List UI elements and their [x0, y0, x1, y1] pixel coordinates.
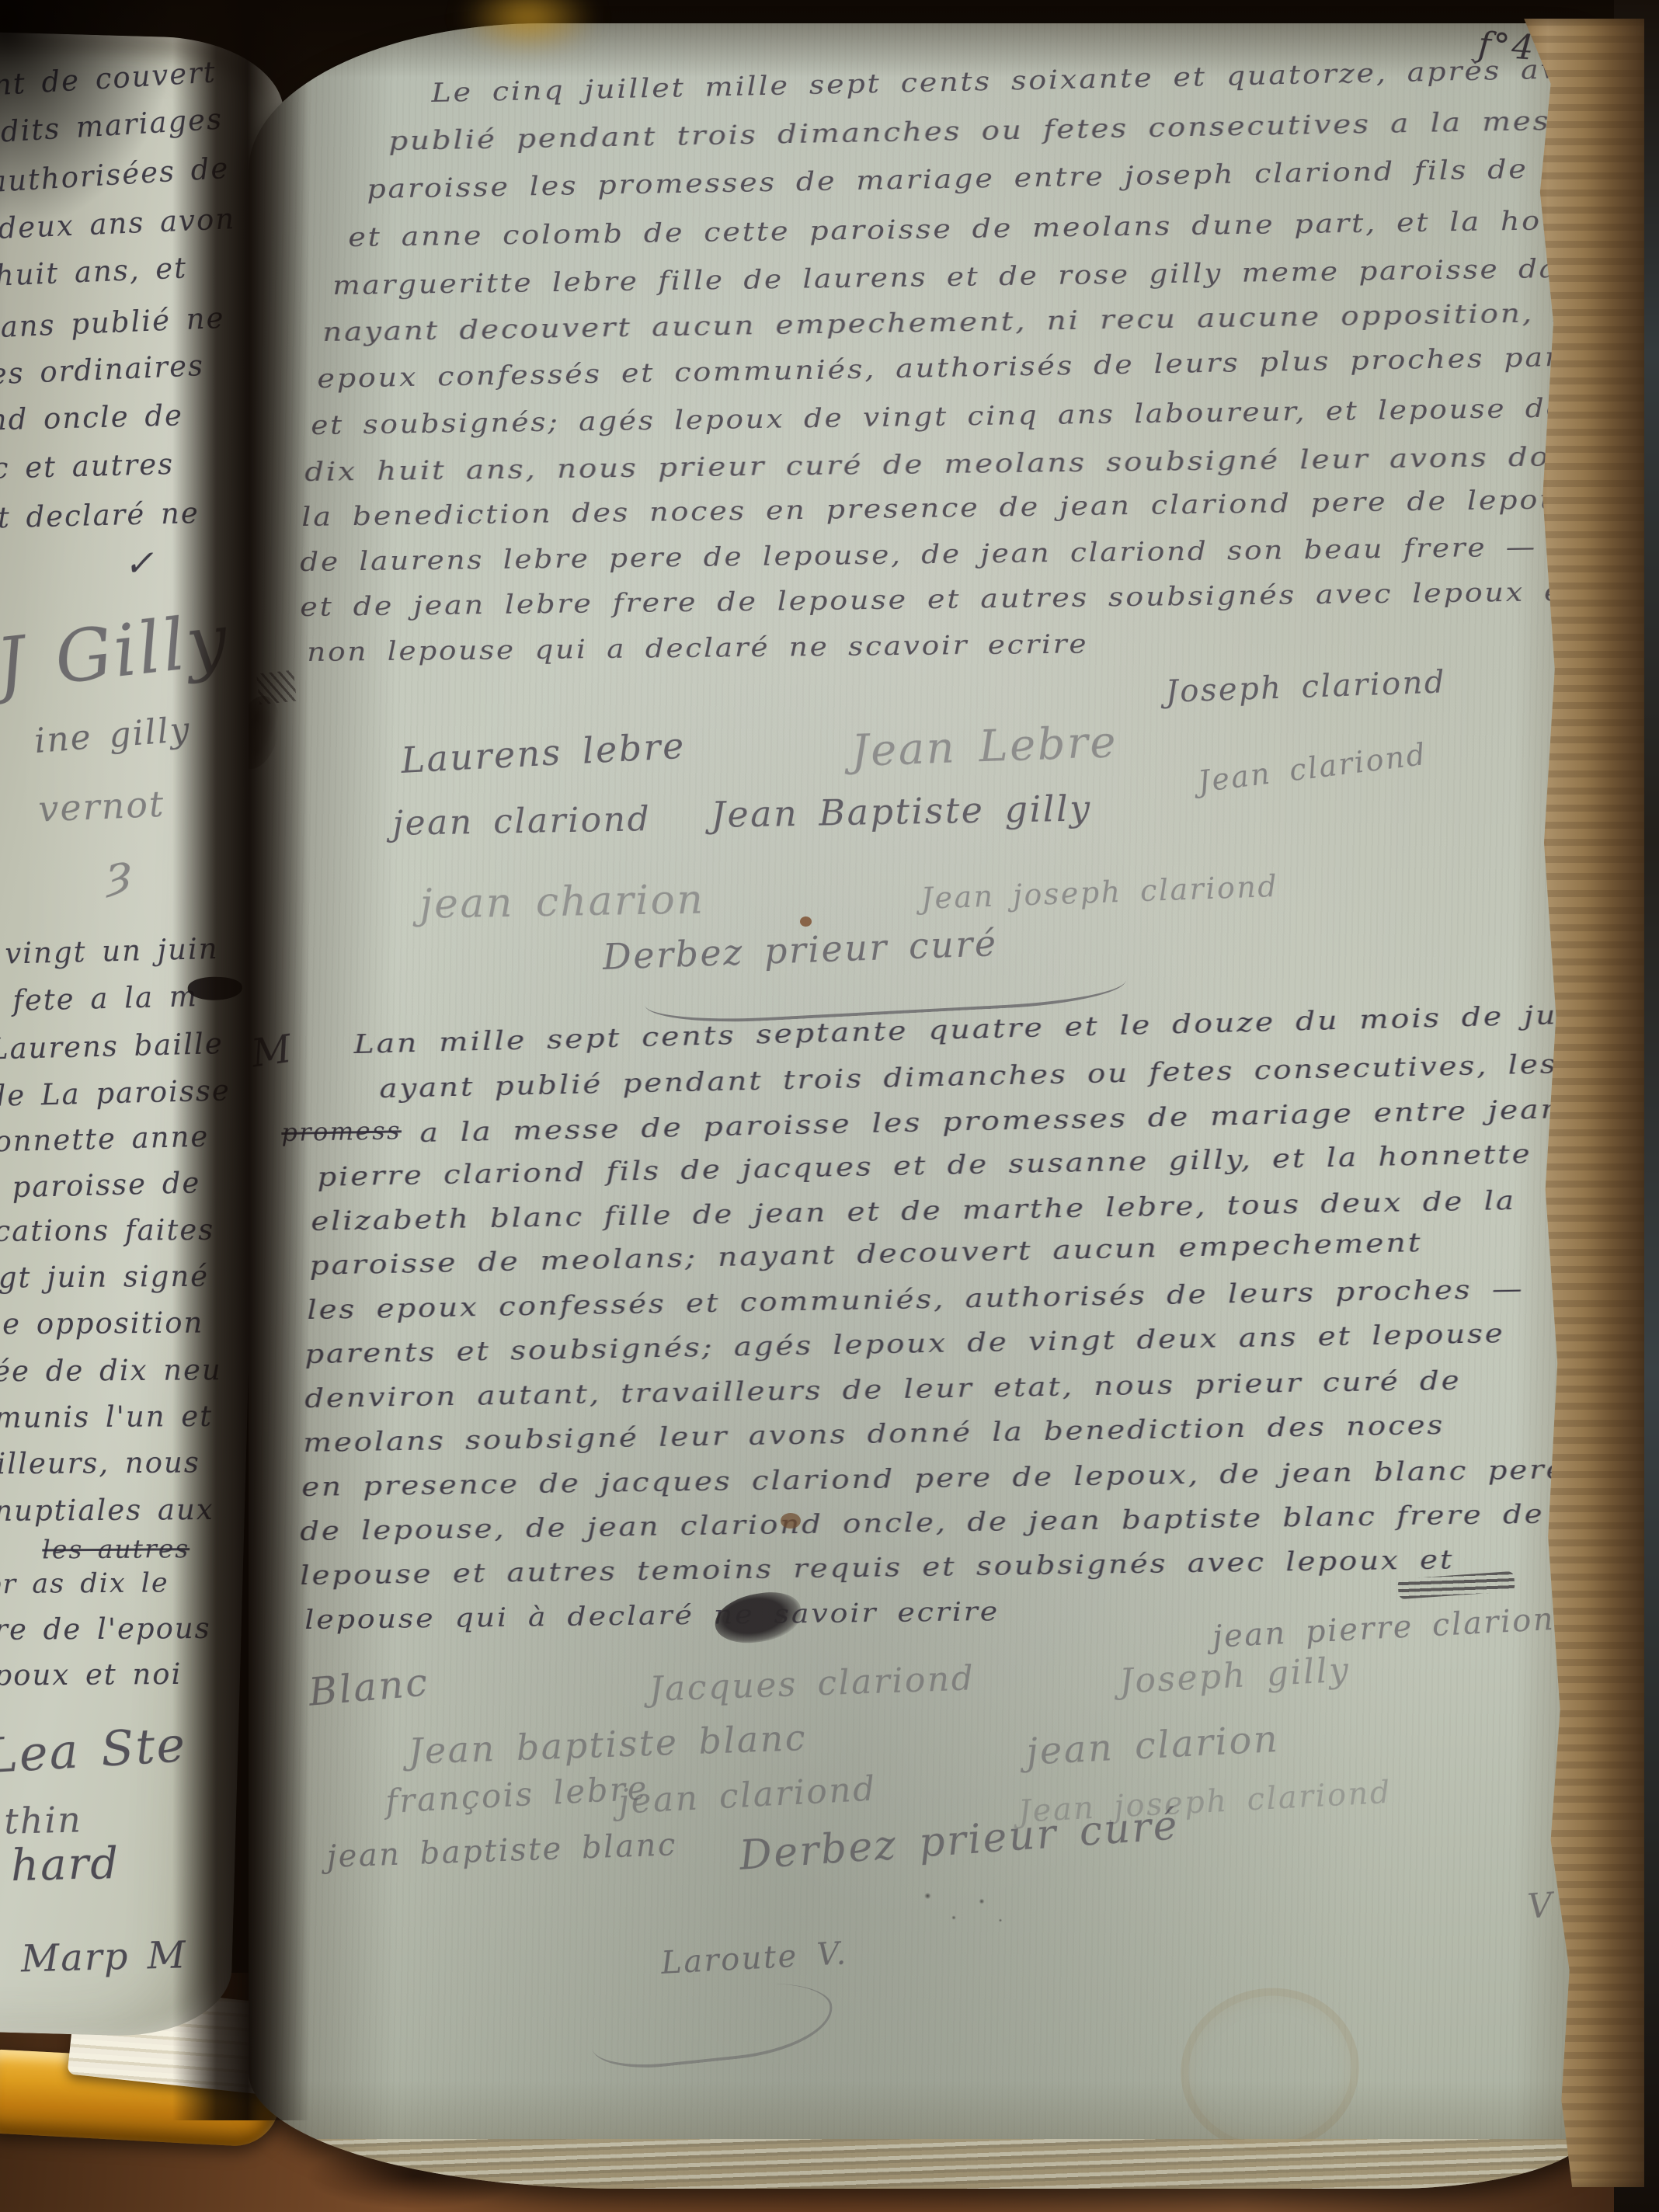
top-left-shadow [0, 0, 179, 233]
signature-priest: Derbez prieur curé [738, 1802, 1181, 1879]
ring-stain [1168, 1974, 1372, 2166]
manuscript-fragment: e poux et noi [0, 1657, 183, 1692]
signature-fragment: one Marp M [0, 1933, 187, 1983]
manuscript-fragment: nt declaré ne [0, 496, 200, 535]
signature: jean pierre clarion [1212, 1602, 1556, 1655]
manuscript-line: paroisse de meolans; nayant decouvert au… [309, 1227, 1423, 1282]
struck-word: promess [281, 1115, 402, 1147]
manuscript-line: la benediction des noces en presence de … [301, 484, 1580, 533]
manuscript-line: nayant decouvert aucun empechement, ni r… [322, 297, 1592, 348]
signature-fragment: A Lea Ste [0, 1716, 188, 1788]
manuscript-fragment: é, munis l'un et [0, 1400, 213, 1435]
flourish-fragment: ȝ [106, 844, 134, 899]
signature: Jean Baptiste gilly [711, 787, 1092, 836]
signature: jean clarion [1025, 1717, 1281, 1774]
manuscript-line: ayant publié pendant trois dimanches ou … [379, 1049, 1558, 1104]
manuscript-line: epoux confessés et communiés, authorisés… [317, 340, 1592, 395]
manuscript-line: de laurens lebre pere de lepouse, de jea… [300, 532, 1537, 578]
manuscript-fragment: c et autres [0, 447, 174, 485]
signature: jean charion [419, 877, 705, 928]
signature: Joseph gilly [1118, 1650, 1351, 1701]
manuscript-line: paroisse les promesses de mariage entre … [367, 151, 1592, 205]
check-mark: ✓ [123, 541, 156, 584]
manuscript-line: de lepouse, de jean clariond oncle, de j… [300, 1499, 1545, 1547]
manuscript-fragment: e paroisse de [0, 1166, 200, 1205]
manuscript-fragment: vingt un juin [5, 932, 219, 971]
manuscript-line: parents et soubsignés; agés lepoux de vi… [304, 1318, 1505, 1370]
manuscript-line: dix huit ans, nous prieur curé de meolan… [304, 440, 1592, 488]
signature-fragment: hard [10, 1838, 120, 1891]
manuscript-fragment: lications faites [0, 1213, 214, 1248]
signature-fragment: vernot [37, 783, 165, 830]
signature-fragment: ine gilly [33, 710, 193, 761]
signature: Jean baptiste blanc [408, 1716, 808, 1772]
signature: jean clariond [617, 1769, 878, 1822]
rust-spot [781, 1513, 801, 1529]
check-mark: V [1526, 1886, 1556, 1927]
manuscript-fragment: nes ordinaires [0, 349, 205, 392]
manuscript-line: les epoux confessés et communiés, author… [307, 1274, 1525, 1326]
struck-fragment: les autres [42, 1533, 190, 1564]
signature-fragment: thin [3, 1798, 82, 1842]
manuscript-fragment: olans publié ne [0, 301, 225, 346]
manuscript-photo: ayant de couvert aux dits mariages , aut… [0, 0, 1659, 2212]
manuscript-line: et soubsignés; agés lepoux de vingt cinq… [311, 392, 1592, 441]
manuscript-line: non lepouse qui a declaré ne scavoir ecr… [307, 628, 1088, 668]
manuscript-fragment: ond oncle de [0, 398, 183, 437]
manuscript-line: meolans soubsigné leur avons donné la be… [303, 1410, 1445, 1459]
manuscript-fragment: tion nuptiales aux [0, 1493, 214, 1529]
signature: Jean Lebre [850, 717, 1118, 777]
page-bottom-edge [249, 2139, 1592, 2189]
manuscript-fragment: lle opposition [0, 1306, 204, 1341]
signature: Laurens lebre [400, 725, 687, 781]
manuscript-fragment: e agée de dix neu [0, 1353, 222, 1389]
signature: jean clariond [392, 799, 652, 843]
signature: Joseph clariond [1165, 664, 1447, 710]
manuscript-line: margueritte lebre fille de laurens et de… [332, 252, 1592, 301]
manuscript-line: denviron autant, travailleurs de leur et… [304, 1365, 1462, 1414]
signature: Jean clariond [1196, 737, 1429, 799]
manuscript-line: Le cinq juillet mille sept cents soixant… [431, 52, 1592, 109]
manuscript-fragment: Laurens baille [0, 1027, 224, 1066]
footer-flourish [587, 1976, 836, 2074]
manuscript-fragment: pr as dix le [0, 1567, 169, 1600]
left-page: ayant de couvert aux dits mariages , aut… [0, 32, 286, 2039]
manuscript-fragment: u fete a la m [0, 979, 198, 1018]
ink-blot [187, 976, 242, 1001]
ink-specks [916, 1880, 1010, 1934]
manuscript-line: en presence de jacques clariond pere de … [301, 1454, 1567, 1503]
footer-paraph: Laroute V. [660, 1935, 849, 1981]
signature-fragment: J Gilly [0, 598, 233, 707]
right-page: f°4 M Le cinq juillet mille sept cents s… [249, 23, 1592, 2189]
manuscript-line: et de jean lebre frere de lepouse et aut… [300, 576, 1578, 623]
manuscript-fragment: ingt juin signé [0, 1260, 209, 1295]
signature: Jacques clariond [649, 1658, 976, 1709]
manuscript-line: lepouse qui à declaré ne savoir ecrire [304, 1596, 1000, 1636]
ink-blot [711, 1588, 805, 1648]
manuscript-fragment: te huit ans, et [0, 251, 188, 294]
manuscript-fragment: ral de La paroisse [0, 1073, 231, 1115]
manuscript-line: et anne colomb de cette paroisse de meol… [348, 204, 1592, 253]
signature: Blanc [307, 1659, 431, 1714]
rust-spot [800, 916, 812, 927]
signature: françois lebre [384, 1769, 649, 1821]
signature: Jean joseph clariond [920, 869, 1279, 916]
manuscript-line: lepouse et autres temoins requis et soub… [300, 1544, 1455, 1591]
manuscript-line: publié pendant trois dimanches ou fetes … [388, 104, 1592, 157]
amber-glow [460, 0, 596, 53]
manuscript-fragment: honnette anne [0, 1120, 210, 1159]
manuscript-fragment: vailleurs, nous [0, 1445, 200, 1480]
manuscript-fragment: ter pere de l'epous [0, 1612, 211, 1647]
scribble-mark [256, 670, 297, 705]
margin-mark-record1: M [253, 48, 306, 104]
margin-mark-record2: M [249, 1026, 296, 1076]
manuscript-line: a la messe de paroisse les promesses de … [419, 1094, 1563, 1149]
signature: jean baptiste blanc [326, 1827, 678, 1875]
